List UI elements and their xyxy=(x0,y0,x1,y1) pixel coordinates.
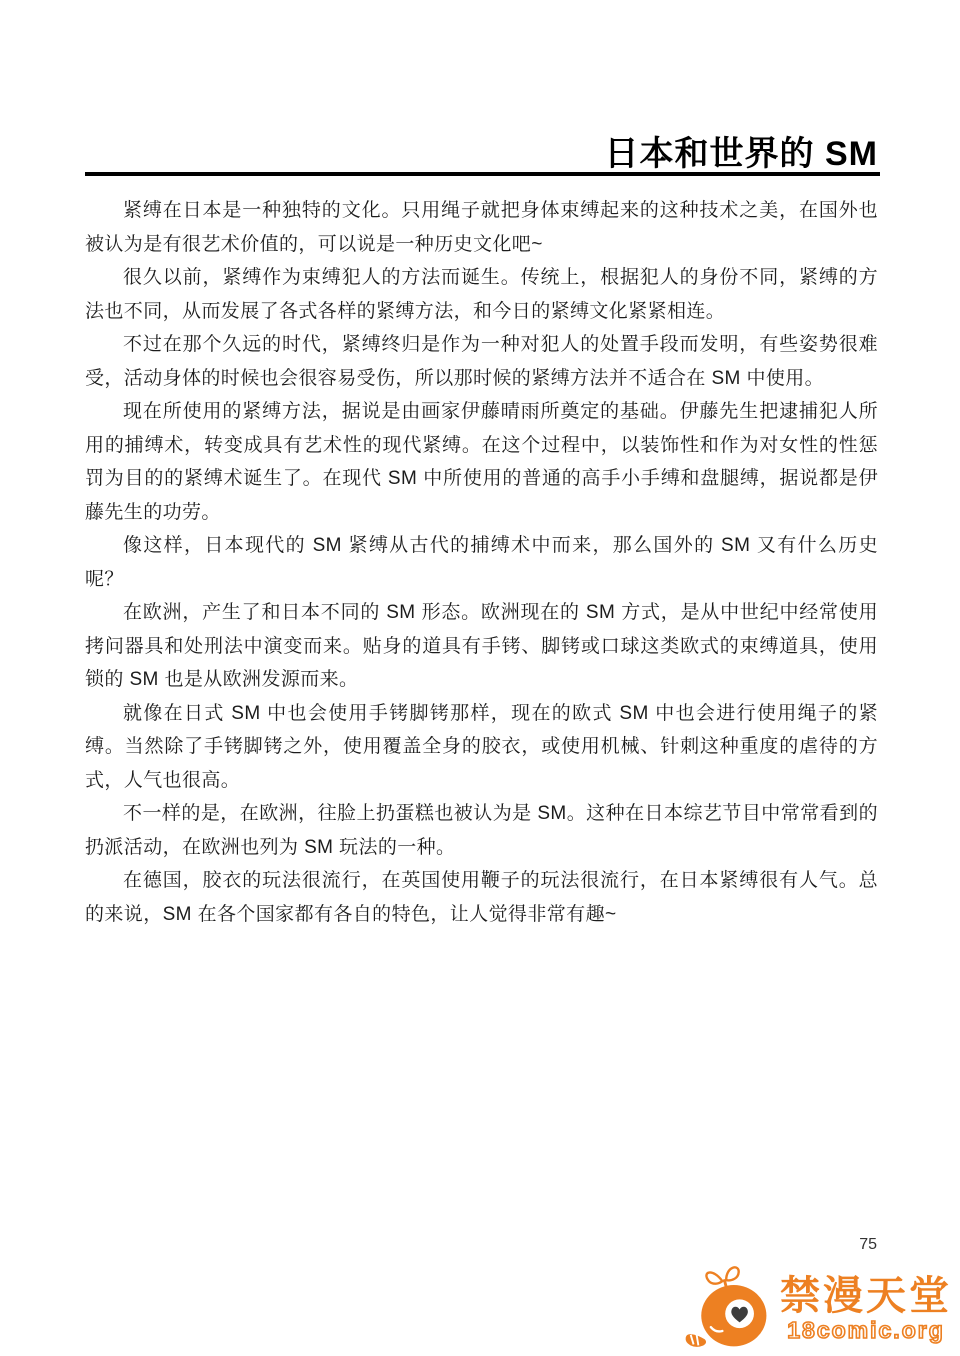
paragraph-1: 紧缚在日本是一种独特的文化。只用绳子就把身体束缚起来的这种技术之美，在国外也被认… xyxy=(85,194,878,261)
brand-name: 禁漫天堂 xyxy=(780,1275,952,1317)
brand-text-block: 禁漫天堂 18comic.org xyxy=(780,1275,952,1342)
paragraph-7: 就像在日式 SM 中也会使用手铐脚铐那样，现在的欧式 SM 中也会进行使用绳子的… xyxy=(85,697,878,798)
paragraph-3: 不过在那个久远的时代，紧缚终归是作为一种对犯人的处置手段而发明，有些姿势很难受，… xyxy=(85,328,878,395)
body-text: 紧缚在日本是一种独特的文化。只用绳子就把身体束缚起来的这种技术之美，在国外也被认… xyxy=(85,194,878,931)
paragraph-2: 很久以前，紧缚作为束缚犯人的方法而诞生。传统上，根据犯人的身份不同，紧缚的方法也… xyxy=(85,261,878,328)
page-number: 75 xyxy=(859,1236,877,1254)
title-divider-rule xyxy=(85,172,880,176)
orange-whale-heart-eye-icon xyxy=(682,1262,778,1354)
paragraph-5: 像这样，日本现代的 SM 紧缚从古代的捕缚术中而来，那么国外的 SM 又有什么历… xyxy=(85,529,878,596)
document-page: 日本和世界的 SM 紧缚在日本是一种独特的文化。只用绳子就把身体束缚起来的这种技… xyxy=(0,0,960,1356)
paragraph-4: 现在所使用的紧缚方法，据说是由画家伊藤晴雨所奠定的基础。伊藤先生把逮捕犯人所用的… xyxy=(85,395,878,529)
watermark-logo: 禁漫天堂 18comic.org xyxy=(682,1262,952,1354)
paragraph-9: 在德国，胶衣的玩法很流行，在英国使用鞭子的玩法很流行，在日本紧缚很有人气。总的来… xyxy=(85,864,878,931)
brand-url: 18comic.org xyxy=(787,1319,945,1342)
paragraph-8: 不一样的是，在欧洲，往脸上扔蛋糕也被认为是 SM。这种在日本综艺节目中常常看到的… xyxy=(85,797,878,864)
paragraph-6: 在欧洲，产生了和日本不同的 SM 形态。欧洲现在的 SM 方式，是从中世纪中经常… xyxy=(85,596,878,697)
page-title: 日本和世界的 SM xyxy=(85,126,878,175)
